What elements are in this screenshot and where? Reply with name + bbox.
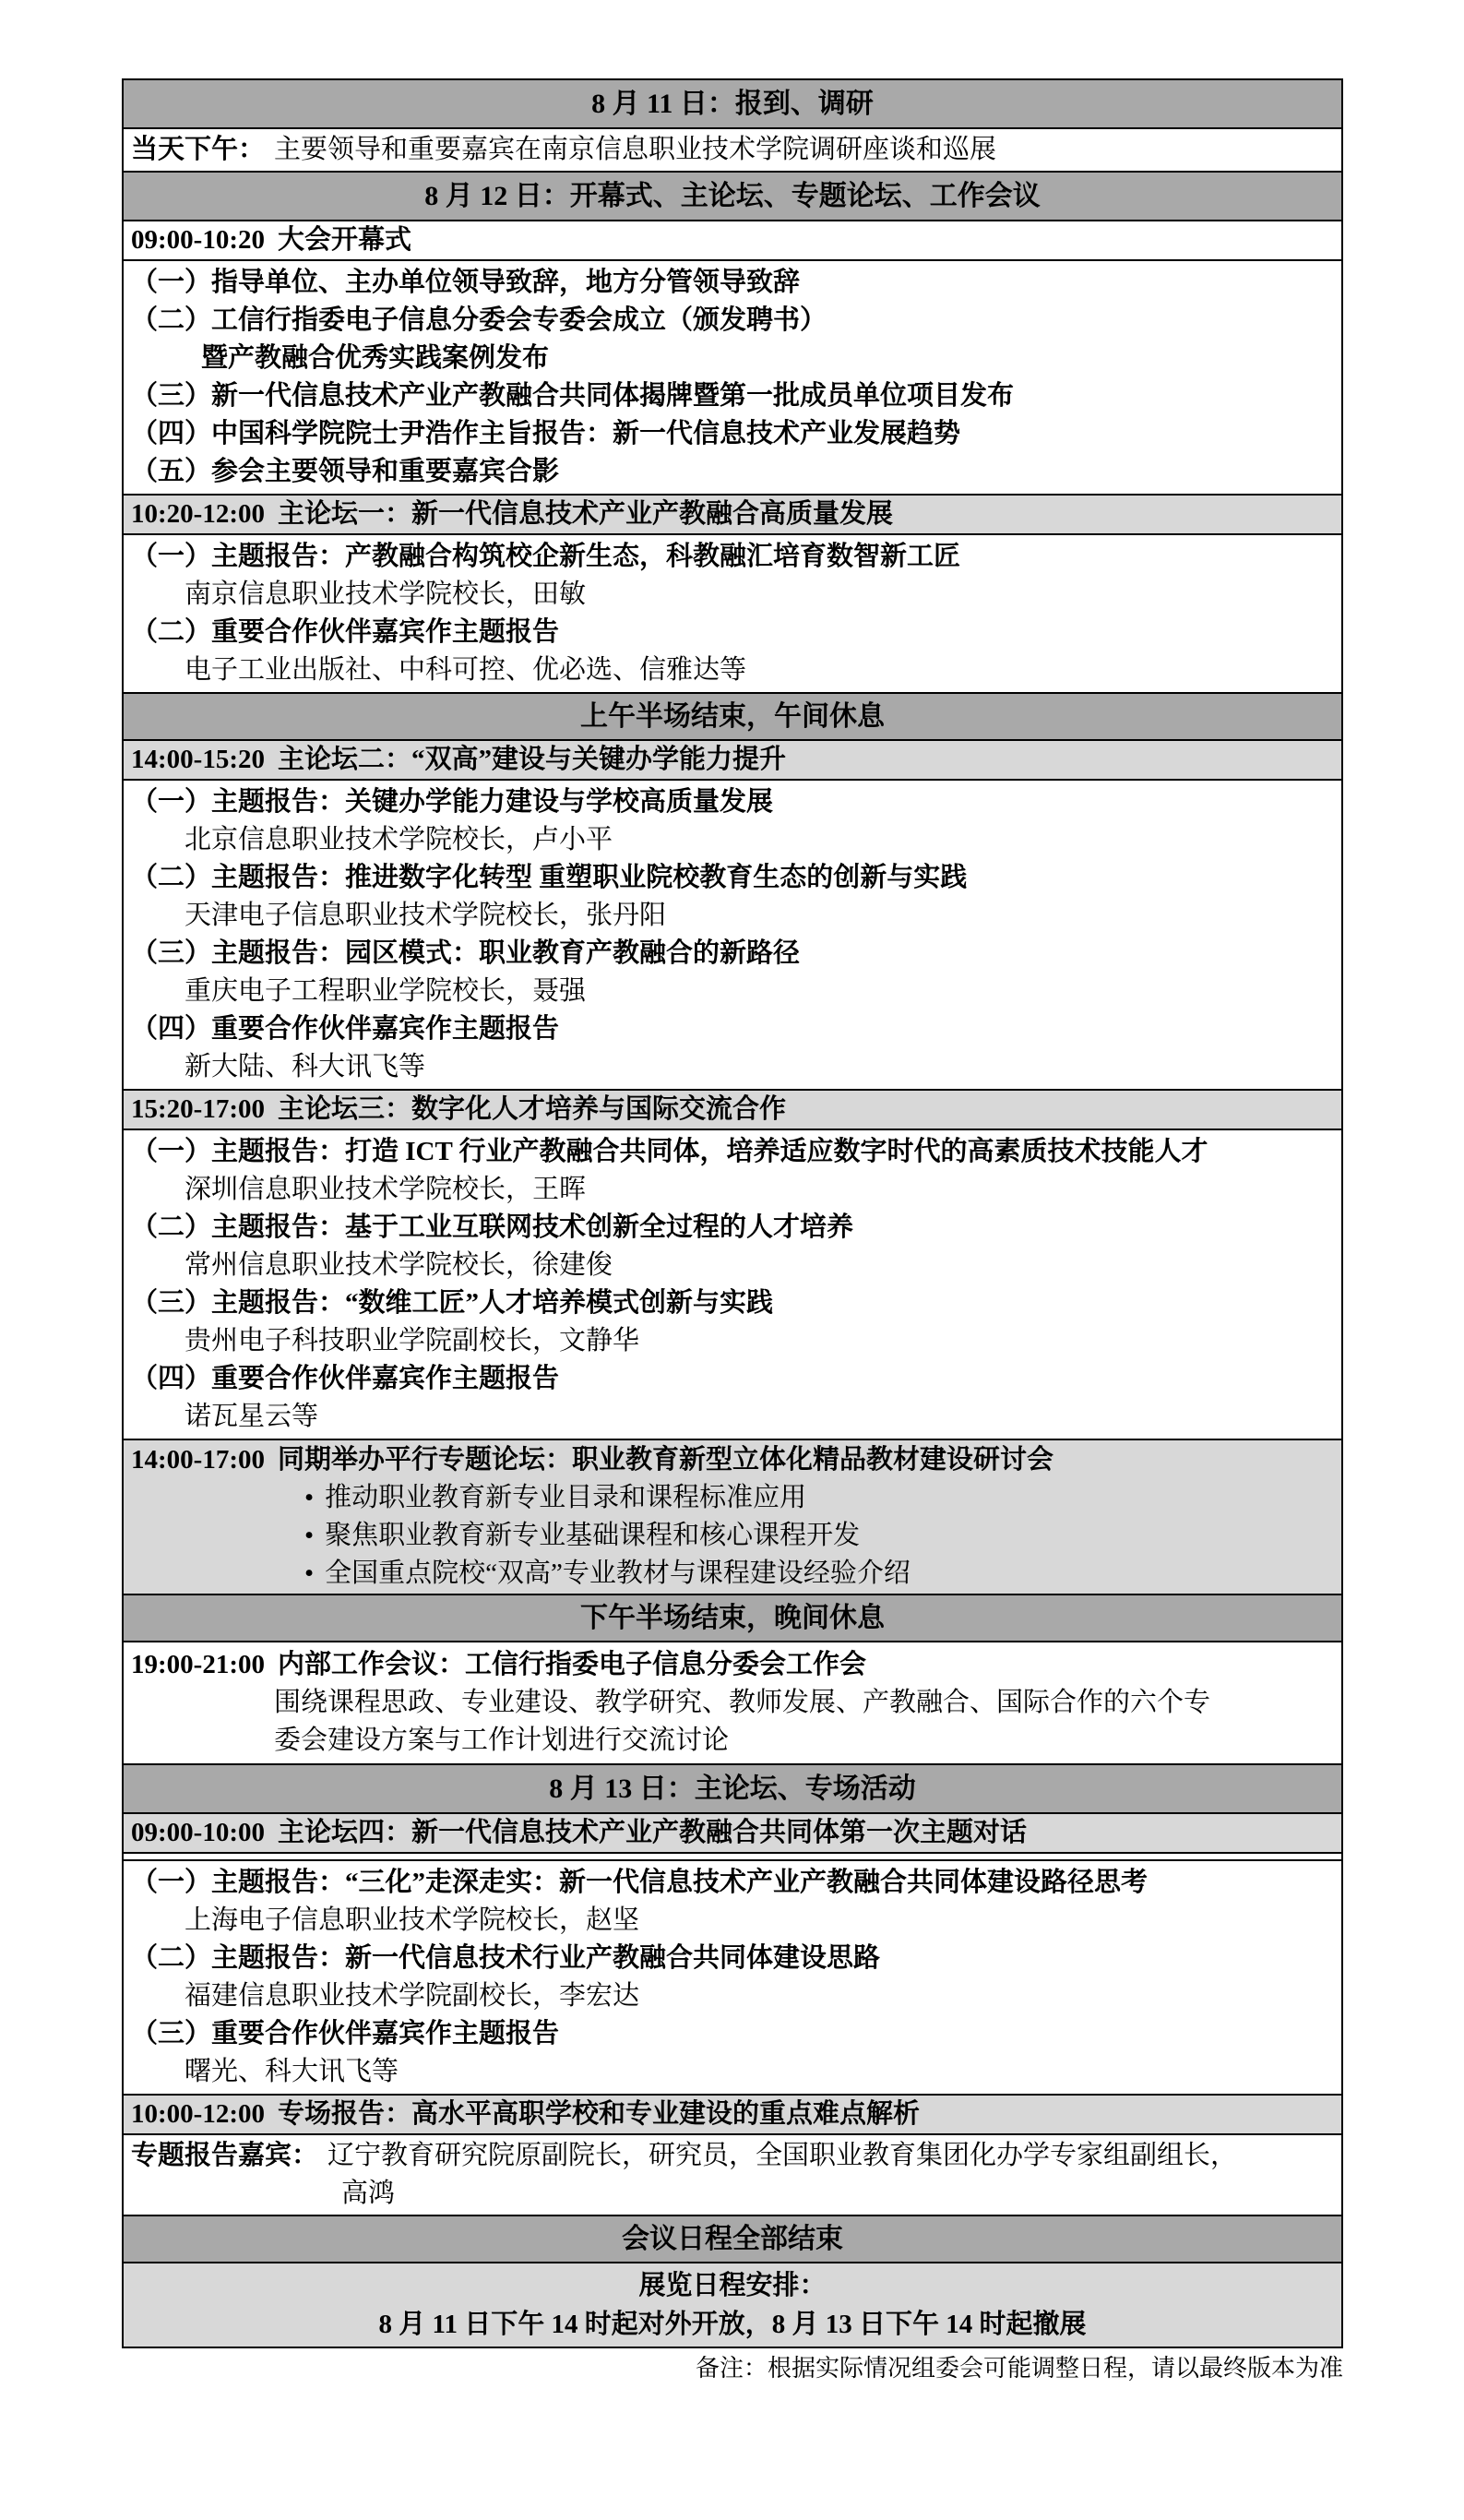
session-title: 专场报告：高水平高职学校和专业建设的重点难点解析 bbox=[278, 2099, 920, 2129]
speaker-name: 曙光、科大讯飞等 bbox=[131, 2053, 1334, 2091]
time-label: 19:00-21:00 bbox=[131, 1650, 265, 1679]
agenda-item: （一）主题报告：“三化”走深走实：新一代信息技术产业产教融合共同体建设路径思考 bbox=[131, 1864, 1334, 1902]
bullet-text: 聚焦职业教育新专业基础课程和核心课程开发 bbox=[325, 1521, 860, 1550]
session-title: 主论坛四：新一代信息技术产业产教融合共同体第一次主题对话 bbox=[278, 1818, 1027, 1847]
note-label: 当天下午： bbox=[131, 135, 265, 164]
meeting-row: 19:00-21:00内部工作会议：工信行指委电子信息分委会工作会 围绕课程思政… bbox=[124, 1641, 1341, 1763]
session-header-row: 10:20-12:00主论坛一：新一代信息技术产业产教融合高质量发展 bbox=[124, 494, 1341, 533]
date-header-row: 8 月 12 日：开幕式、主论坛、专题论坛、工作会议 bbox=[124, 171, 1341, 220]
bullet-item: •聚焦职业教育新专业基础课程和核心课程开发 bbox=[131, 1517, 1334, 1555]
session-header-row: 15:20-17:00主论坛三：数字化人才培养与国际交流合作 bbox=[124, 1089, 1341, 1129]
agenda-item: （三）主题报告：园区模式：职业教育产教融合的新路径 bbox=[131, 935, 1334, 973]
bullet-icon: • bbox=[304, 1521, 314, 1550]
agenda-item: （二）主题报告：推进数字化转型 重塑职业院校教育生态的创新与实践 bbox=[131, 859, 1334, 897]
speaker-name: 深圳信息职业技术学院校长，王晖 bbox=[131, 1171, 1334, 1209]
speaker-name: 福建信息职业技术学院副校长，李宏达 bbox=[131, 1977, 1334, 2015]
exhibition-text: 8 月 11 日下午 14 时起对外开放，8 月 13 日下午 14 时起撤展 bbox=[133, 2305, 1332, 2344]
session-title: 大会开幕式 bbox=[278, 225, 411, 255]
date-header-text: 8 月 11 日：报到、调研 bbox=[591, 89, 874, 119]
agenda-row: （一）主题报告：关键办学能力建设与学校高质量发展 北京信息职业技术学院校长，卢小… bbox=[124, 779, 1341, 1089]
agenda-row: （一）主题报告：产教融合构筑校企新生态，科教融汇培育数智新工匠 南京信息职业技术… bbox=[124, 533, 1341, 692]
agenda-item: （一）主题报告：关键办学能力建设与学校高质量发展 bbox=[131, 783, 1334, 821]
speaker-name: 贵州电子科技职业学院副校长，文静华 bbox=[131, 1322, 1334, 1360]
exhibition-row: 展览日程安排： 8 月 11 日下午 14 时起对外开放，8 月 13 日下午 … bbox=[124, 2262, 1341, 2347]
guest-line: 专题报告嘉宾：辽宁教育研究院原副院长，研究员，全国职业教育集团化办学专家组副组长… bbox=[131, 2137, 1334, 2175]
break-divider-row: 会议日程全部结束 bbox=[124, 2215, 1341, 2262]
agenda-item: （三）重要合作伙伴嘉宾作主题报告 bbox=[131, 2015, 1334, 2053]
agenda-row: （一）主题报告：“三化”走深走实：新一代信息技术产业产教融合共同体建设路径思考 … bbox=[124, 1859, 1341, 2094]
speaker-name: 天津电子信息职业技术学院校长，张丹阳 bbox=[131, 897, 1334, 935]
agenda-item: （五）参会主要领导和重要嘉宾合影 bbox=[131, 453, 1334, 491]
time-label: 15:20-17:00 bbox=[131, 1094, 265, 1124]
date-header-text: 8 月 13 日：主论坛、专场活动 bbox=[549, 1774, 916, 1804]
break-divider-row: 上午半场结束，午间休息 bbox=[124, 692, 1341, 739]
agenda-row: （一）指导单位、主办单位领导致辞，地方分管领导致辞 （二）工信行指委电子信息分委… bbox=[124, 259, 1341, 494]
forum-title: 同期举办平行专题论坛：职业教育新型立体化精品教材建设研讨会 bbox=[278, 1445, 1053, 1475]
agenda-item: （二）主题报告：基于工业互联网技术创新全过程的人才培养 bbox=[131, 1209, 1334, 1247]
time-label: 09:00-10:00 bbox=[131, 1818, 265, 1847]
date-header-row: 8 月 13 日：主论坛、专场活动 bbox=[124, 1763, 1341, 1812]
bullet-item: •推动职业教育新专业目录和课程标准应用 bbox=[131, 1479, 1334, 1517]
session-title: 主论坛一：新一代信息技术产业产教融合高质量发展 bbox=[278, 499, 893, 529]
agenda-item: （一）主题报告：产教融合构筑校企新生态，科教融汇培育数智新工匠 bbox=[131, 538, 1334, 576]
time-label: 09:00-10:20 bbox=[131, 225, 265, 255]
break-text: 会议日程全部结束 bbox=[622, 2224, 843, 2254]
session-title: 主论坛三：数字化人才培养与国际交流合作 bbox=[278, 1094, 786, 1124]
exhibition-title: 展览日程安排： bbox=[133, 2266, 1332, 2305]
break-divider-row: 下午半场结束，晚间休息 bbox=[124, 1594, 1341, 1641]
guest-label: 专题报告嘉宾： bbox=[131, 2141, 318, 2170]
break-text: 下午半场结束，晚间休息 bbox=[580, 1603, 885, 1633]
agenda-item: （三）主题报告：“数维工匠”人才培养模式创新与实践 bbox=[131, 1284, 1334, 1322]
time-label: 10:20-12:00 bbox=[131, 499, 265, 529]
agenda-item: （三）新一代信息技术产业产教融合共同体揭牌暨第一批成员单位项目发布 bbox=[131, 377, 1334, 415]
continuation-line: 暨产教融合优秀实践案例发布 bbox=[131, 340, 1334, 377]
agenda-item: （四）重要合作伙伴嘉宾作主题报告 bbox=[131, 1010, 1334, 1048]
meeting-header: 19:00-21:00内部工作会议：工信行指委电子信息分委会工作会 bbox=[131, 1646, 1334, 1684]
time-label: 14:00-15:20 bbox=[131, 745, 265, 774]
agenda-row: （一）主题报告：打造 ICT 行业产教融合共同体，培养适应数字时代的高素质技术技… bbox=[124, 1129, 1341, 1439]
date-header-text: 8 月 12 日：开幕式、主论坛、专题论坛、工作会议 bbox=[424, 181, 1041, 211]
continuation-line: 围绕课程思政、专业建设、教学研究、教师发展、产教融合、国际合作的六个专 bbox=[131, 1684, 1334, 1722]
opening-session-row: 09:00-10:20大会开幕式 bbox=[124, 220, 1341, 259]
guest-speaker-row: 专题报告嘉宾：辽宁教育研究院原副院长，研究员，全国职业教育集团化办学专家组副组长… bbox=[124, 2133, 1341, 2215]
spacer-row bbox=[124, 1852, 1341, 1859]
speaker-name: 北京信息职业技术学院校长，卢小平 bbox=[131, 821, 1334, 859]
agenda-item: （四）重要合作伙伴嘉宾作主题报告 bbox=[131, 1360, 1334, 1398]
forum-header: 14:00-17:00同期举办平行专题论坛：职业教育新型立体化精品教材建设研讨会 bbox=[131, 1441, 1334, 1479]
speaker-name: 南京信息职业技术学院校长，田敏 bbox=[131, 576, 1334, 614]
date-header-row: 8 月 11 日：报到、调研 bbox=[124, 80, 1341, 127]
session-header-row: 10:00-12:00专场报告：高水平高职学校和专业建设的重点难点解析 bbox=[124, 2094, 1341, 2133]
agenda-item: （二）重要合作伙伴嘉宾作主题报告 bbox=[131, 614, 1334, 651]
guest-text: 辽宁教育研究院原副院长，研究员，全国职业教育集团化办学专家组副组长， bbox=[327, 2141, 1237, 2170]
session-header-row: 14:00-15:20主论坛二：“双高”建设与关键办学能力提升 bbox=[124, 739, 1341, 779]
break-text: 上午半场结束，午间休息 bbox=[580, 701, 885, 732]
continuation-line: 委会建设方案与工作计划进行交流讨论 bbox=[131, 1722, 1334, 1760]
agenda-item: （一）主题报告：打造 ICT 行业产教融合共同体，培养适应数字时代的高素质技术技… bbox=[131, 1133, 1334, 1171]
agenda-item: （一）指导单位、主办单位领导致辞，地方分管领导致辞 bbox=[131, 264, 1334, 302]
agenda-item: （二）工信行指委电子信息分委会专委会成立（颁发聘书） bbox=[131, 302, 1334, 340]
continuation-line: 高鸿 bbox=[131, 2175, 1334, 2213]
speaker-name: 上海电子信息职业技术学院校长，赵坚 bbox=[131, 1902, 1334, 1940]
speaker-name: 重庆电子工程职业学院校长，聂强 bbox=[131, 973, 1334, 1010]
schedule-note-row: 当天下午：主要领导和重要嘉宾在南京信息职业技术学院调研座谈和巡展 bbox=[124, 127, 1341, 171]
time-label: 10:00-12:00 bbox=[131, 2099, 265, 2129]
bullet-item: •全国重点院校“双高”专业教材与课程建设经验介绍 bbox=[131, 1555, 1334, 1593]
meeting-title: 内部工作会议：工信行指委电子信息分委会工作会 bbox=[278, 1650, 866, 1679]
note-text: 主要领导和重要嘉宾在南京信息职业技术学院调研座谈和巡展 bbox=[274, 135, 996, 164]
session-title: 主论坛二：“双高”建设与关键办学能力提升 bbox=[278, 745, 786, 774]
speaker-name: 电子工业出版社、中科可控、优必选、信雅达等 bbox=[131, 651, 1334, 689]
conference-schedule-table: 8 月 11 日：报到、调研 当天下午：主要领导和重要嘉宾在南京信息职业技术学院… bbox=[122, 78, 1343, 2348]
speaker-name: 诺瓦星云等 bbox=[131, 1398, 1334, 1436]
footer-note: 备注：根据实际情况组委会可能调整日程，请以最终版本为准 bbox=[122, 2353, 1343, 2384]
bullet-icon: • bbox=[304, 1483, 314, 1512]
parallel-forum-row: 14:00-17:00同期举办平行专题论坛：职业教育新型立体化精品教材建设研讨会… bbox=[124, 1439, 1341, 1594]
agenda-item: （四）中国科学院院士尹浩作主旨报告：新一代信息技术产业发展趋势 bbox=[131, 415, 1334, 453]
bullet-text: 推动职业教育新专业目录和课程标准应用 bbox=[325, 1483, 806, 1512]
speaker-name: 新大陆、科大讯飞等 bbox=[131, 1048, 1334, 1086]
bullet-icon: • bbox=[304, 1559, 314, 1588]
bullet-text: 全国重点院校“双高”专业教材与课程建设经验介绍 bbox=[325, 1559, 911, 1588]
session-header-row: 09:00-10:00主论坛四：新一代信息技术产业产教融合共同体第一次主题对话 bbox=[124, 1812, 1341, 1852]
time-label: 14:00-17:00 bbox=[131, 1445, 265, 1475]
speaker-name: 常州信息职业技术学院校长，徐建俊 bbox=[131, 1247, 1334, 1284]
agenda-item: （二）主题报告：新一代信息技术行业产教融合共同体建设思路 bbox=[131, 1940, 1334, 1977]
